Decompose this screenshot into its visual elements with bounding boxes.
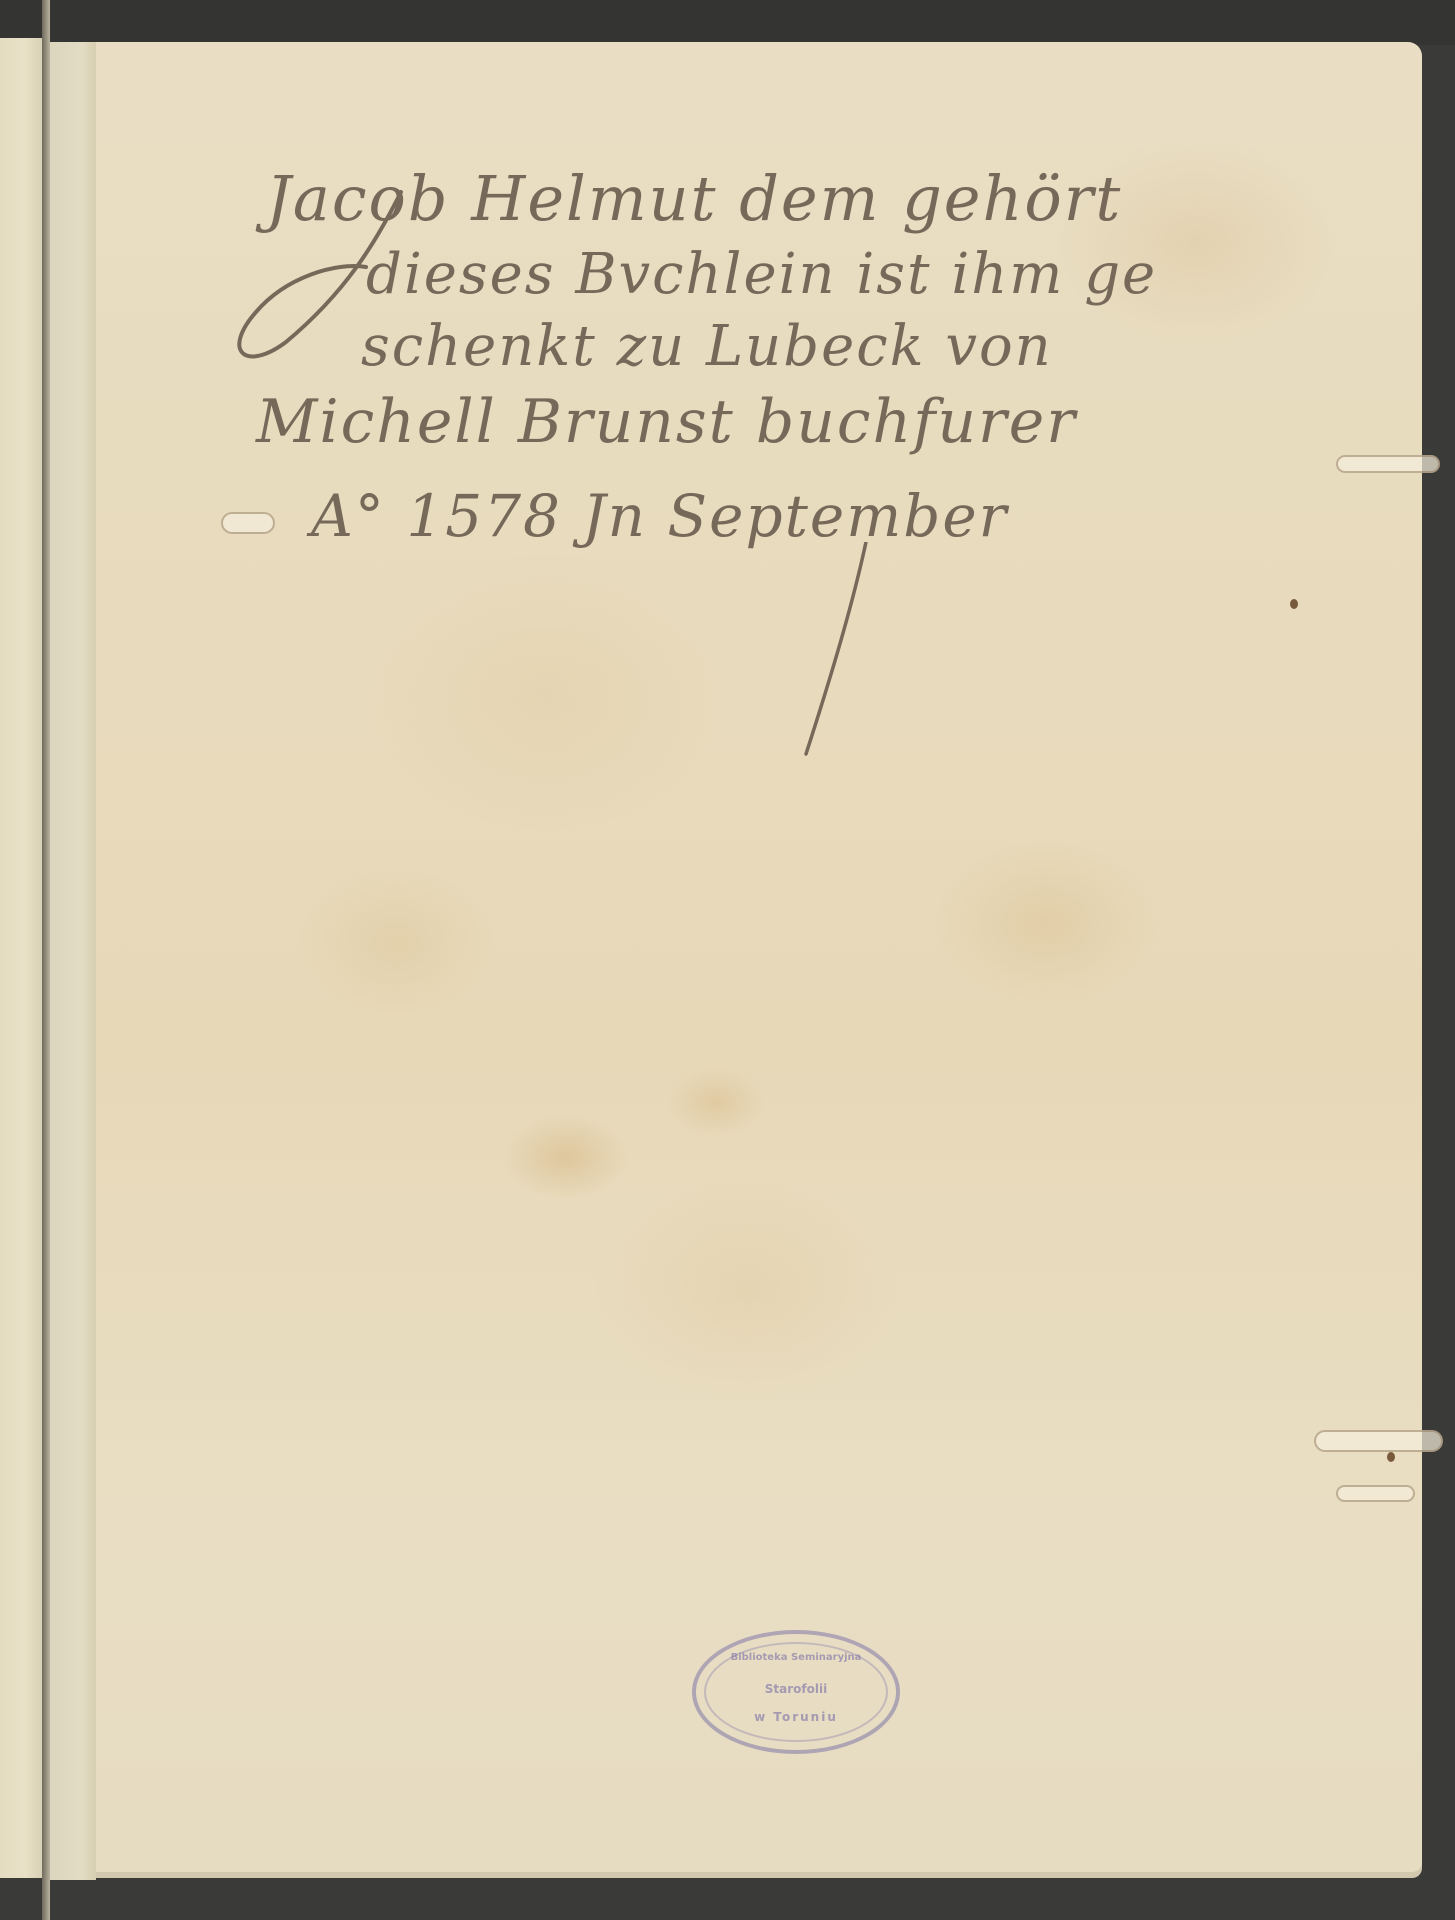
wormhole <box>1314 1430 1443 1452</box>
stamp-text-line-2: Starofolii <box>696 1682 896 1696</box>
ink-spot <box>1387 1452 1395 1462</box>
stamp-text-line-3: w Toruniu <box>696 1710 896 1724</box>
wormhole <box>1336 1485 1415 1502</box>
inscription-line-4: Michell Brunst buchfurer <box>256 387 1077 457</box>
manuscript-scan: Jacob Helmut dem gehört dieses Bvchlein … <box>0 0 1455 1920</box>
wormhole <box>221 512 275 534</box>
inscription-line-1: Jacob Helmut dem gehört <box>266 162 1122 235</box>
stamp-text-line-1: Biblioteka Seminaryjna <box>696 1652 896 1663</box>
book-gutter <box>42 0 50 1920</box>
inscription-line-5: A° 1578 Jn September <box>311 482 1008 550</box>
ink-spot <box>1290 599 1298 609</box>
inscription-line-2: dieses Bvchlein ist ihm ge <box>366 242 1157 307</box>
previous-page-edge <box>0 38 42 1878</box>
page-binding-strip <box>50 42 96 1880</box>
inscription-line-3: schenkt zu Lubeck von <box>361 314 1053 379</box>
library-stamp: Biblioteka Seminaryjna Starofolii w Toru… <box>692 1630 900 1754</box>
scan-background <box>0 0 1455 45</box>
long-descender-stroke <box>796 542 876 757</box>
wormhole <box>1336 455 1440 473</box>
manuscript-page: Jacob Helmut dem gehört dieses Bvchlein … <box>96 42 1422 1878</box>
